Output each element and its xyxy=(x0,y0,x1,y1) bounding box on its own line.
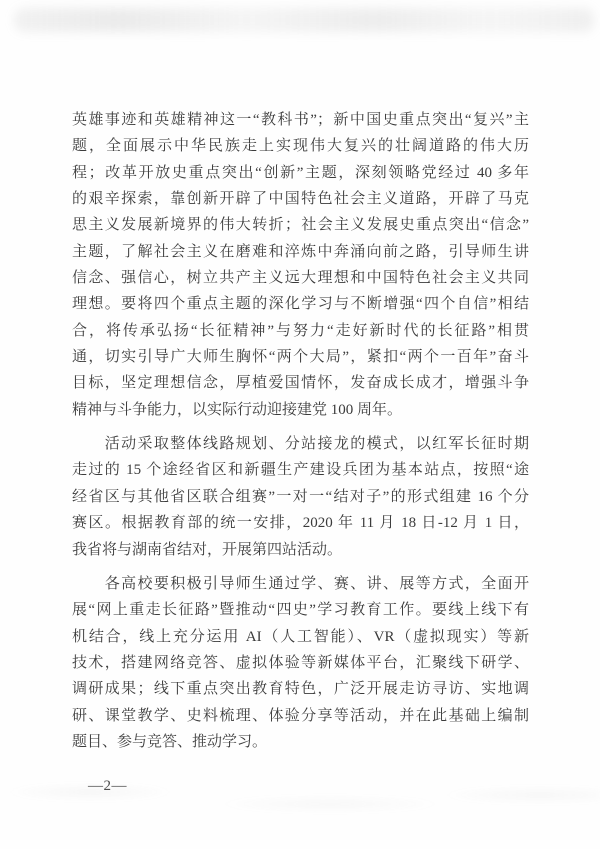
text-line: 经省区与其他省区联合组赛”一对一“结对子”的形式组建 16 个分 xyxy=(72,484,529,510)
paragraph: 活动采取整体线路规划、分站接龙的模式，以红军长征时期走过的 15 个途经省区和新… xyxy=(72,431,529,563)
text-line: 技术，搭建网络竞答、虚拟体验等新媒体平台，汇聚线下研学、 xyxy=(72,650,529,676)
text-line: 赛区。根据教育部的统一安排，2020 年 11 月 18 日-12 月 1 日， xyxy=(72,510,529,536)
text-line: 活动采取整体线路规划、分站接龙的模式，以红军长征时期 xyxy=(72,431,529,457)
text-line: 目标，坚定理想信念，厚植爱国情怀，发奋成长成才，增强斗争 xyxy=(72,370,529,396)
text-line: 合，将传承弘扬“长征精神”与努力“走好新时代的长征路”相贯 xyxy=(72,318,529,344)
text-line: 的艰辛探索，靠创新开辟了中国特色社会主义道路，开辟了马克 xyxy=(72,186,529,212)
paragraph: 英雄事迹和英雄精神这一“教科书”；新中国史重点突出“复兴”主题，全面展示中华民族… xyxy=(72,107,529,423)
text-line: 题目、参与竞答、推动学习。 xyxy=(72,729,529,755)
text-line: 英雄事迹和英雄精神这一“教科书”；新中国史重点突出“复兴”主 xyxy=(72,107,529,133)
text-line: 通，切实引导广大师生胸怀“两个大局”，紧扣“两个一百年”奋斗 xyxy=(72,344,529,370)
scan-artifact-bottom xyxy=(0,768,600,828)
document-page: 英雄事迹和英雄精神这一“教科书”；新中国史重点突出“复兴”主题，全面展示中华民族… xyxy=(0,0,600,849)
paragraph: 各高校要积极引导师生通过学、赛、讲、展等方式，全面开展“网上重走长征路”暨推动“… xyxy=(72,571,529,755)
text-line: 理想。要将四个重点主题的深化学习与不断增强“四个自信”相结 xyxy=(72,291,529,317)
text-line: 程；改革开放史重点突出“创新”主题，深刻领略党经过 40 多年 xyxy=(72,160,529,186)
text-line: 思主义发展新境界的伟大转折；社会主义发展史重点突出“信念” xyxy=(72,212,529,238)
text-line: 主题，了解社会主义在磨难和淬炼中奔涌向前之路，引导师生讲 xyxy=(72,239,529,265)
text-line: 研、课堂教学、史料梳理、体验分享等活动，并在此基础上编制 xyxy=(72,703,529,729)
document-body: 英雄事迹和英雄精神这一“教科书”；新中国史重点突出“复兴”主题，全面展示中华民族… xyxy=(72,107,529,755)
text-line: 各高校要积极引导师生通过学、赛、讲、展等方式，全面开 xyxy=(72,571,529,597)
text-line: 题，全面展示中华民族走上实现伟大复兴的壮阔道路的伟大历 xyxy=(72,133,529,159)
scan-artifact-top xyxy=(14,8,594,32)
text-line: 调研成果；线下重点突出教育特色，广泛开展走访寻访、实地调 xyxy=(72,676,529,702)
text-line: 机结合，线上充分运用 AI（人工智能）、VR（虚拟现实）等新 xyxy=(72,624,529,650)
text-line: 精神与斗争能力，以实际行动迎接建党 100 周年。 xyxy=(72,397,529,423)
text-line: 信念、强信心，树立共产主义远大理想和中国特色社会主义共同 xyxy=(72,265,529,291)
text-line: 展“网上重走长征路”暨推动“四史”学习教育工作。要线上线下有 xyxy=(72,597,529,623)
text-line: 走过的 15 个途经省区和新疆生产建设兵团为基本站点，按照“途 xyxy=(72,457,529,483)
text-line: 我省将与湖南省结对，开展第四站活动。 xyxy=(72,537,529,563)
